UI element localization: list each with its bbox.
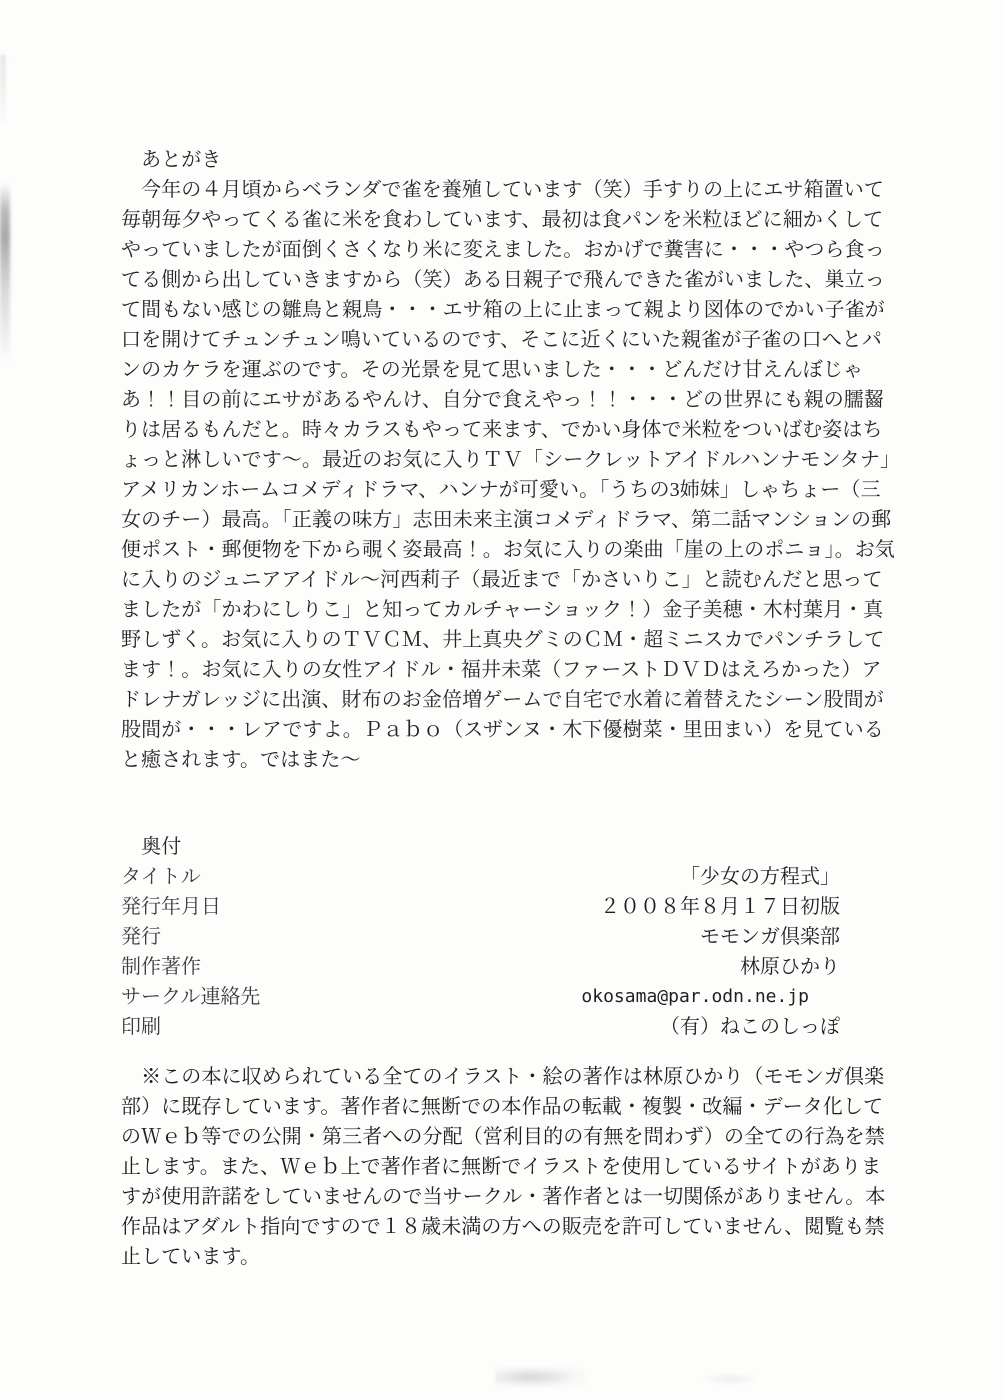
afterword-line: 毎朝毎夕やってくる雀に米を食わしています、最初は食パンを米粒ほどに細かくして [121,205,887,235]
disclaimer-line: 止しています。 [121,1242,887,1272]
scanned-page: あとがき 今年の４月頃からベランダで雀を養殖しています（笑）手すりの上にエサ箱置… [0,0,1004,1399]
afterword-line: て間もない感じの雛鳥と親鳥・・・エサ箱の上に止まって親より図体のでかい子雀が [121,295,887,325]
afterword-line: 野しずく。お気に入りのＴＶＣＭ、井上真央グミのＣＭ・超ミニスカでパンチラして [121,625,887,655]
contact-email-text: okosama@par.odn.ne.jp [581,982,887,1012]
colophon-value-date: ２００８年８月１７日初版 [600,892,887,922]
disclaimer-line: ※この本に収められている全てのイラスト・絵の著作は林原ひかり（モモンガ倶楽 [121,1062,887,1092]
afterword-line: 今年の４月頃からベランダで雀を養殖しています（笑）手すりの上にエサ箱置いて [121,175,887,205]
afterword-line: と癒されます。ではまた〜 [121,745,887,775]
colophon-label: 発行 [121,922,161,952]
afterword-line: ンのカケラを運ぶのです。その光景を見て思いました・・・どんだけ甘えんぼじゃ [121,355,887,385]
afterword-section: あとがき 今年の４月頃からベランダで雀を養殖しています（笑）手すりの上にエサ箱置… [121,145,887,775]
colophon-heading: 奥付 [121,832,887,862]
scan-smudge-top-left [0,55,6,125]
colophon-value-publisher: モモンガ倶楽部 [700,922,887,952]
colophon-value-author: 林原ひかり [740,952,887,982]
colophon-value-printer: （有）ねこのしっぽ [660,1012,887,1042]
colophon-row-author: 制作著作 林原ひかり [121,952,887,982]
disclaimer-line: 止します。また、Ｗｅｂ上で著作者に無断でイラストを使用しているサイトがありま [121,1152,887,1182]
afterword-line: ましたが「かわにしりこ」と知ってカルチャーショック！）金子美穂・木村葉月・真 [121,595,887,625]
disclaimer-line: 作品はアダルト指向ですので１８歳未満の方への販売を許可していません、閲覧も禁 [121,1212,887,1242]
colophon-section: 奥付 タイトル 「少女の方程式」 発行年月日 ２００８年８月１７日初版 発行 モ… [121,832,887,1042]
scan-smudge-bottom-right [700,1372,760,1386]
afterword-line: アメリカンホームコメディドラマ、ハンナが可愛い。「うちの3姉妹」しゃちょー（三 [121,475,887,505]
afterword-line: ょっと淋しいです〜。最近のお気に入りＴＶ「シークレットアイドルハンナモンタナ」 [121,445,887,475]
colophon-row-contact: サークル連絡先 okosama@par.odn.ne.jp [121,982,887,1012]
scan-smudge-bottom [495,1366,585,1388]
colophon-label: 発行年月日 [121,892,221,922]
colophon-row-publisher: 発行 モモンガ倶楽部 [121,922,887,952]
afterword-line: 股間が・・・レアですよ。Ｐａｂｏ（スザンヌ・木下優樹菜・里田まい）を見ている [121,715,887,745]
afterword-line: てる側から出していきますから（笑）ある日親子で飛んできた雀がいました、巣立っ [121,265,887,295]
afterword-line: 口を開けてチュンチュン鳴いているのです、そこに近くにいた親雀が子雀の口へとパ [121,325,887,355]
scan-smudge-left-edge [0,183,10,363]
afterword-line: に入りのジュニアアイドル〜河西莉子（最近まで「かさいりこ」と読むんだと思って [121,565,887,595]
colophon-row-printer: 印刷 （有）ねこのしっぽ [121,1012,887,1042]
disclaimer-line: すが使用許諾をしていませんので当サークル・著作者とは一切関係がありません。本 [121,1182,887,1212]
afterword-line: ます！。お気に入りの女性アイドル・福井未菜（ファーストＤＶＤはえろかった）ア [121,655,887,685]
disclaimer-section: ※この本に収められている全てのイラスト・絵の著作は林原ひかり（モモンガ倶楽 部）… [121,1062,887,1272]
colophon-label: 印刷 [121,1012,161,1042]
colophon-row-title: タイトル 「少女の方程式」 [121,862,887,892]
afterword-line: 女のチー）最高。「正義の味方」志田未来主演コメディドラマ、第二話マンションの郵 [121,505,887,535]
colophon-row-date: 発行年月日 ２００８年８月１７日初版 [121,892,887,922]
afterword-line: ドレナガレッジに出演、財布のお金倍増ゲームで自宅で水着に着替えたシーン股間が [121,685,887,715]
colophon-label: 制作著作 [121,952,201,982]
disclaimer-line: 部）に既存しています。著作者に無断での本作品の転載・複製・改編・データ化して [121,1092,887,1122]
colophon-value-title: 「少女の方程式」 [680,862,887,892]
disclaimer-line: のＷｅｂ等での公開・第三者への分配（営利目的の有無を問わず）の全ての行為を禁 [121,1122,887,1152]
afterword-line: 便ポスト・郵便物を下から覗く姿最高！。お気に入りの楽曲「崖の上のポニョ」。お気 [121,535,887,565]
afterword-line: りは居るもんだと。時々カラスもやって来ます、でかい身体で米粒をついばむ姿はち [121,415,887,445]
colophon-label: タイトル [121,862,201,892]
colophon-label: サークル連絡先 [121,982,260,1012]
afterword-line: やっていましたが面倒くさくなり米に変えました。おかげで糞害に・・・やつら食っ [121,235,887,265]
afterword-line: あ！！目の前にエサがあるやんけ、自分で食えやっ！！・・・どの世界にも親の臑齧 [121,385,887,415]
afterword-heading: あとがき [121,145,887,175]
